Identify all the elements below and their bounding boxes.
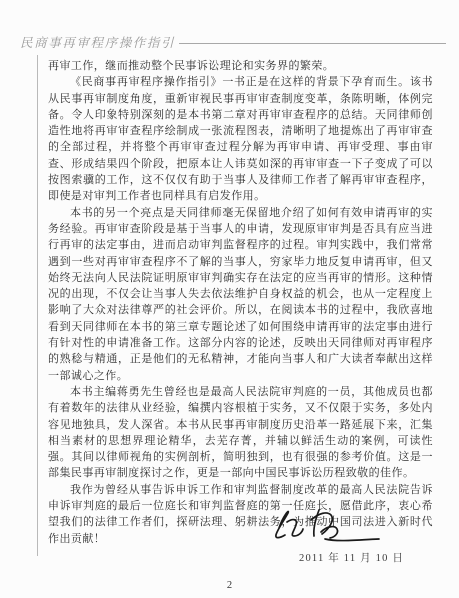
running-header: 民商事再审程序操作指引	[20, 33, 446, 51]
book-page: 民商事再审程序操作指引 再审工作，继而推动整个民事诉讼理论和实务界的繁荣。 《民…	[0, 0, 459, 598]
running-header-title: 民商事再审程序操作指引	[20, 33, 175, 51]
page-number: 2	[0, 580, 459, 591]
paragraph: 《民商事再审程序操作指引》一书正是在这样的背景下孕育而生。该书从民事再审制度角度…	[48, 74, 433, 204]
signature-date: 2011 年 11 月 10 日	[299, 550, 404, 565]
header-rule-line	[179, 43, 446, 44]
signature-ink-icon	[263, 498, 383, 550]
left-margin-rule	[37, 55, 38, 556]
paragraph: 本书主编蒋勇先生曾经也是最高人民法院审判庭的一员，其他成员也都有着数年的法律从业…	[48, 384, 433, 482]
preface-body: 再审工作，继而推动整个民事诉讼理论和实务界的繁荣。 《民商事再审程序操作指引》一…	[48, 58, 433, 547]
paragraph-continuation: 再审工作，继而推动整个民事诉讼理论和实务界的繁荣。	[48, 58, 433, 74]
handwritten-signature	[263, 498, 383, 550]
paragraph: 本书的另一个亮点是天同律师毫无保留地介绍了如何有效申请再审的实务经验。再审审查阶…	[48, 205, 433, 384]
